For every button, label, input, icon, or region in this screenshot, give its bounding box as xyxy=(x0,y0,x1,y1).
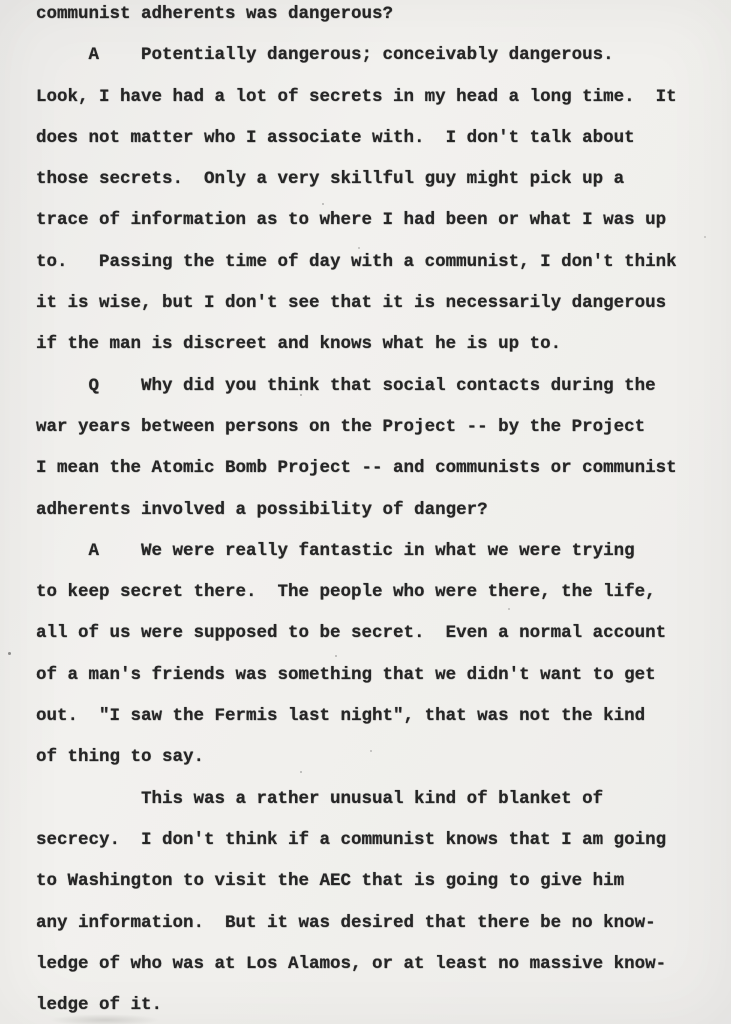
ink-speck xyxy=(358,247,360,249)
transcript-text: communist adherents was dangerous? A Pot… xyxy=(36,0,677,1024)
ink-speck xyxy=(322,203,324,205)
document-page: communist adherents was dangerous? A Pot… xyxy=(0,0,731,1024)
typed-line: any information. But it was desired that… xyxy=(36,903,677,944)
typed-line: it is wise, but I don't see that it is n… xyxy=(36,283,677,324)
typed-line: adherents involved a possibility of dang… xyxy=(36,490,677,531)
typed-line: does not matter who I associate with. I … xyxy=(36,118,677,159)
typed-line: ledge of who was at Los Alamos, or at le… xyxy=(36,944,677,985)
typed-line: of thing to say. xyxy=(36,737,677,778)
typed-line: secrecy. I don't think if a communist kn… xyxy=(36,820,677,861)
typed-line: trace of information as to where I had b… xyxy=(36,200,677,241)
typed-line: This was a rather unusual kind of blanke… xyxy=(36,779,677,820)
ink-speck xyxy=(508,608,510,610)
typed-line: to. Passing the time of day with a commu… xyxy=(36,242,677,283)
typed-line: out. "I saw the Fermis last night", that… xyxy=(36,696,677,737)
typed-line: to keep secret there. The people who wer… xyxy=(36,572,677,613)
typed-line: A We were really fantastic in what we we… xyxy=(36,531,677,572)
typed-line: I mean the Atomic Bomb Project -- and co… xyxy=(36,448,677,489)
typed-line: A Potentially dangerous; conceivably dan… xyxy=(36,35,677,76)
ink-speck xyxy=(8,652,11,655)
ink-speck xyxy=(300,394,302,396)
ink-speck xyxy=(300,771,302,773)
typed-line: if the man is discreet and knows what he… xyxy=(36,324,677,365)
typed-line: of a man's friends was something that we… xyxy=(36,655,677,696)
bottom-smudge xyxy=(50,1014,160,1024)
typed-line: war years between persons on the Project… xyxy=(36,407,677,448)
ink-speck xyxy=(370,750,372,752)
typed-line: Look, I have had a lot of secrets in my … xyxy=(36,77,677,118)
ink-speck xyxy=(335,655,337,657)
typed-line: to Washington to visit the AEC that is g… xyxy=(36,861,677,902)
typed-line: all of us were supposed to be secret. Ev… xyxy=(36,613,677,654)
ink-speck xyxy=(704,236,706,238)
typed-line: communist adherents was dangerous? xyxy=(36,0,677,35)
typed-line: those secrets. Only a very skillful guy … xyxy=(36,159,677,200)
typed-line: Q Why did you think that social contacts… xyxy=(36,366,677,407)
